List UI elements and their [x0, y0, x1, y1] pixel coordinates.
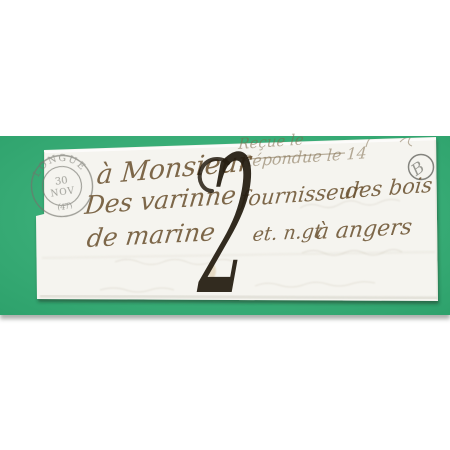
folded-letter: LONGUE (47) 30 NOV B Reçue le Répondue l…: [27, 118, 438, 338]
letter-photo: LONGUE (47) 30 NOV B Reçue le Répondue l…: [0, 0, 450, 450]
photo-canvas: LONGUE (47) 30 NOV B Reçue le Répondue l…: [0, 0, 450, 450]
address-line3-title: et. n.gt: [251, 219, 323, 246]
postmark-day: 30: [54, 175, 68, 188]
address-line3-city: à angers: [314, 214, 413, 245]
